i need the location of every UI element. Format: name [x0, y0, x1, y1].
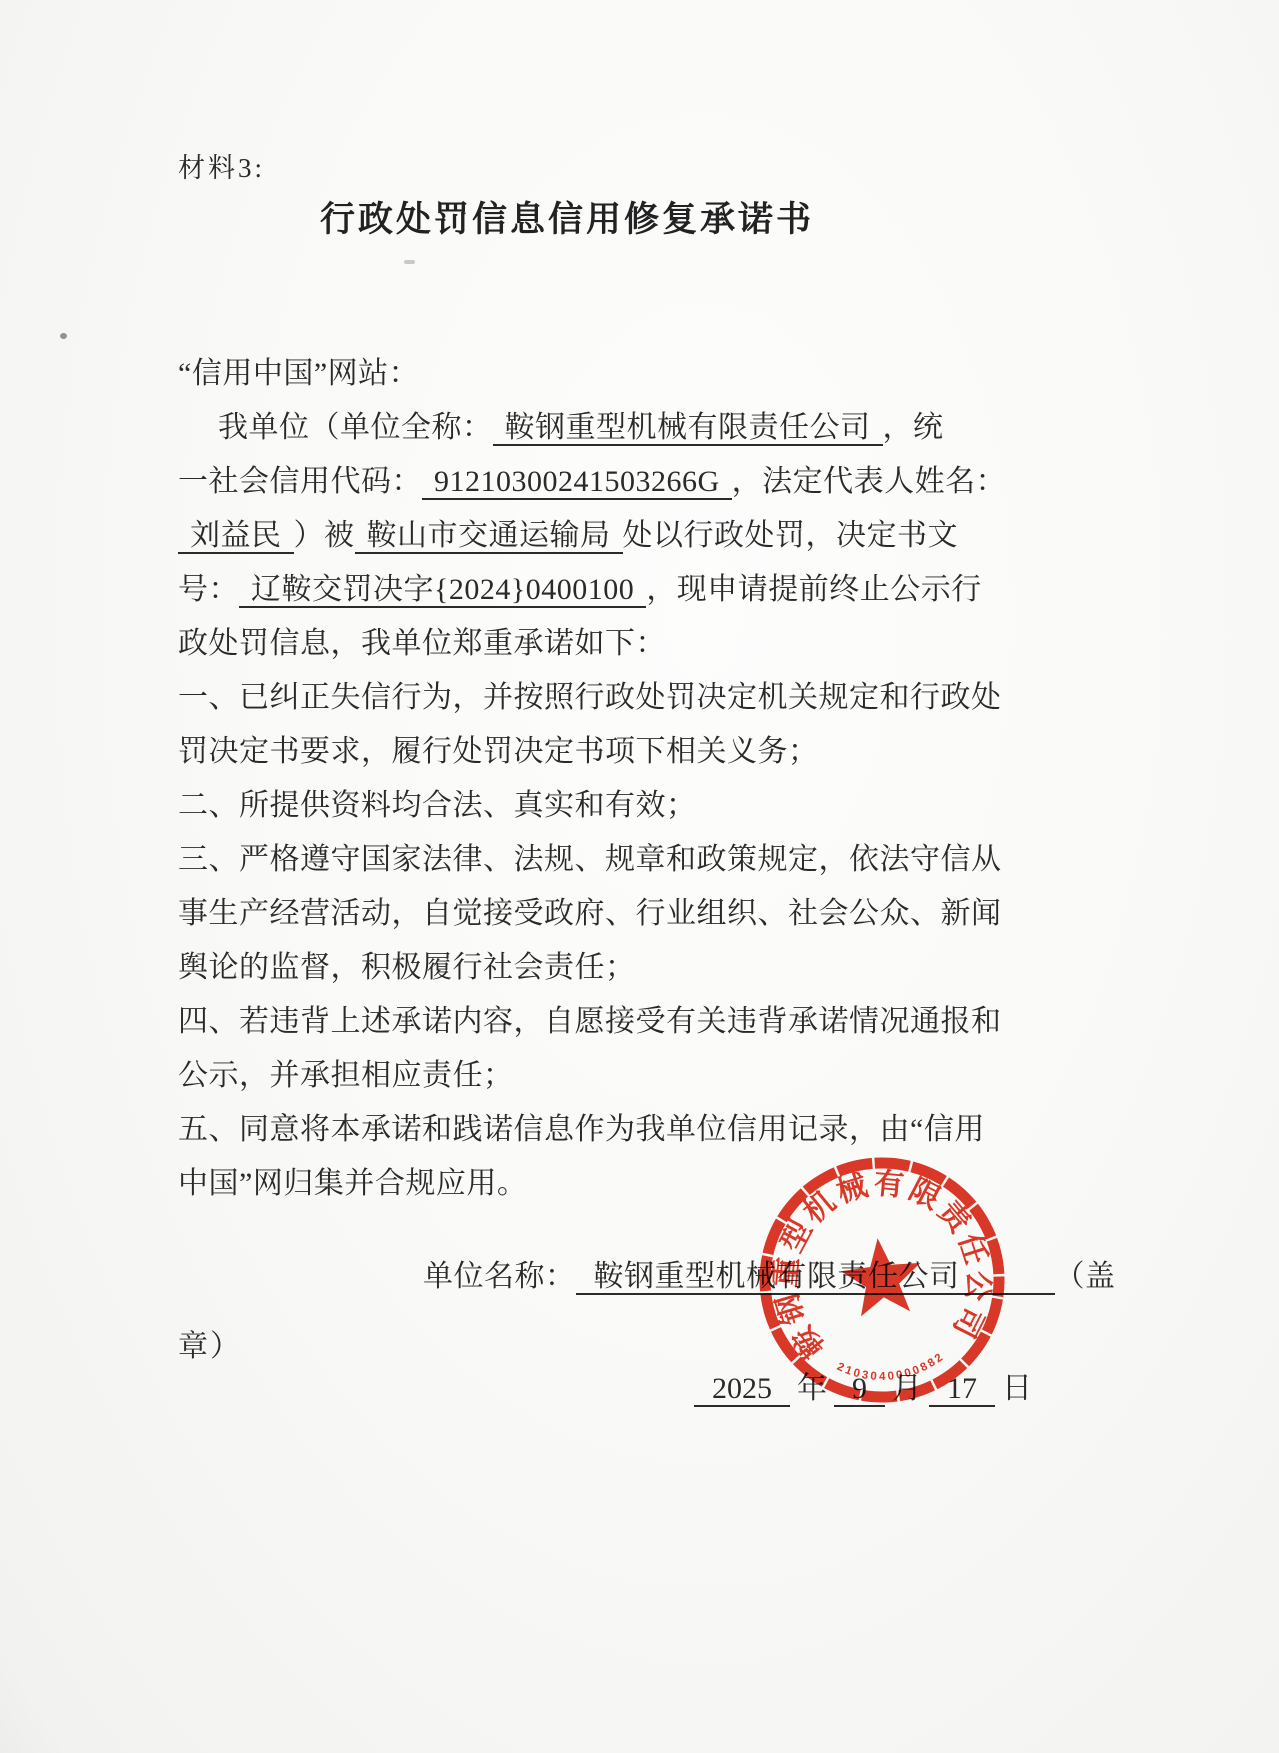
fill-in-value: 鞍山市交通运输局	[355, 519, 623, 554]
fill-in-value: 辽鞍交罚决字{2024}0400100	[239, 573, 646, 608]
salutation: “信用中国”网站：	[178, 347, 1098, 401]
body-text: 号：	[178, 573, 239, 606]
document-title: 行政处罚信息信用修复承诺书	[227, 192, 907, 242]
body-text: ）被	[294, 519, 355, 552]
body-line: 一社会信用代码：91210300241503266G，法定代表人姓名：	[178, 455, 1098, 509]
seal-paren-close: 章）	[178, 1320, 242, 1374]
fill-in-value: 鞍钢重型机械有限责任公司	[493, 411, 883, 446]
body-text: 公示，并承担相应责任；	[178, 1059, 514, 1092]
fill-in-value: 刘益民	[178, 519, 294, 554]
body-text: 罚决定书要求，履行处罚决定书项下相关义务；	[178, 735, 819, 768]
body-line: 一、已纠正失信行为，并按照行政处罚决定机关规定和行政处	[178, 671, 1098, 725]
body-text: ，法定代表人姓名：	[732, 465, 1007, 498]
scan-artifact-dot	[60, 333, 67, 339]
body-text: 三、严格遵守国家法律、法规、规章和政策规定，依法守信从	[178, 843, 1002, 876]
body-text: 四、若违背上述承诺内容，自愿接受有关违背承诺情况通报和	[178, 1005, 1002, 1038]
body-text: 舆论的监督，积极履行社会责任；	[178, 951, 636, 984]
body-line: 舆论的监督，积极履行社会责任；	[178, 941, 1098, 995]
body-text: ，统	[883, 411, 944, 444]
unit-name-label: 单位名称：	[423, 1260, 576, 1293]
material-label: 材料3:	[178, 146, 265, 185]
body-line: 二、所提供资料均合法、真实和有效；	[178, 779, 1098, 833]
body-text: 一、已纠正失信行为，并按照行政处罚决定机关规定和行政处	[178, 681, 1002, 714]
body-text: 我单位（单位全称：	[218, 411, 493, 444]
body-line: 我单位（单位全称：鞍钢重型机械有限责任公司，统	[178, 401, 1098, 455]
company-seal-stamp-icon: 鞍钢重型机械有限责任公司 2103040000882	[739, 1137, 1025, 1423]
body-text: 事生产经营活动，自觉接受政府、行业组织、社会公众、新闻	[178, 897, 1002, 930]
body-text: 一社会信用代码：	[178, 465, 422, 498]
scan-artifact-dash	[404, 260, 415, 264]
body-text: ，现申请提前终止公示行	[646, 573, 982, 606]
body-text: 中国”网归集并合规应用。	[178, 1167, 527, 1200]
body-line: 号：辽鞍交罚决字{2024}0400100，现申请提前终止公示行	[178, 563, 1098, 617]
document-body: “信用中国”网站： 我单位（单位全称：鞍钢重型机械有限责任公司，统一社会信用代码…	[178, 347, 1098, 1211]
seal-paren-open: （盖	[1055, 1260, 1116, 1293]
body-line: 政处罚信息，我单位郑重承诺如下：	[178, 617, 1098, 671]
body-lines: 我单位（单位全称：鞍钢重型机械有限责任公司，统一社会信用代码：912103002…	[178, 401, 1098, 1211]
scanned-document-page: 材料3: 行政处罚信息信用修复承诺书 “信用中国”网站： 我单位（单位全称：鞍钢…	[0, 0, 1279, 1753]
body-text: 二、所提供资料均合法、真实和有效；	[178, 789, 697, 822]
seal-star-icon	[838, 1234, 925, 1318]
body-line: 三、严格遵守国家法律、法规、规章和政策规定，依法守信从	[178, 833, 1098, 887]
body-line: 公示，并承担相应责任；	[178, 1049, 1098, 1103]
body-line: 刘益民）被鞍山市交通运输局处以行政处罚，决定书文	[178, 509, 1098, 563]
body-line: 事生产经营活动，自觉接受政府、行业组织、社会公众、新闻	[178, 887, 1098, 941]
body-text: 政处罚信息，我单位郑重承诺如下：	[178, 627, 666, 660]
body-line: 四、若违背上述承诺内容，自愿接受有关违背承诺情况通报和	[178, 995, 1098, 1049]
fill-in-value: 91210300241503266G	[422, 465, 732, 500]
body-text: 处以行政处罚，决定书文	[623, 519, 959, 552]
body-line: 罚决定书要求，履行处罚决定书项下相关义务；	[178, 725, 1098, 779]
company-seal: 鞍钢重型机械有限责任公司 2103040000882	[739, 1137, 1025, 1423]
body-text: 五、同意将本承诺和践诺信息作为我单位信用记录，由“信用	[178, 1113, 985, 1146]
